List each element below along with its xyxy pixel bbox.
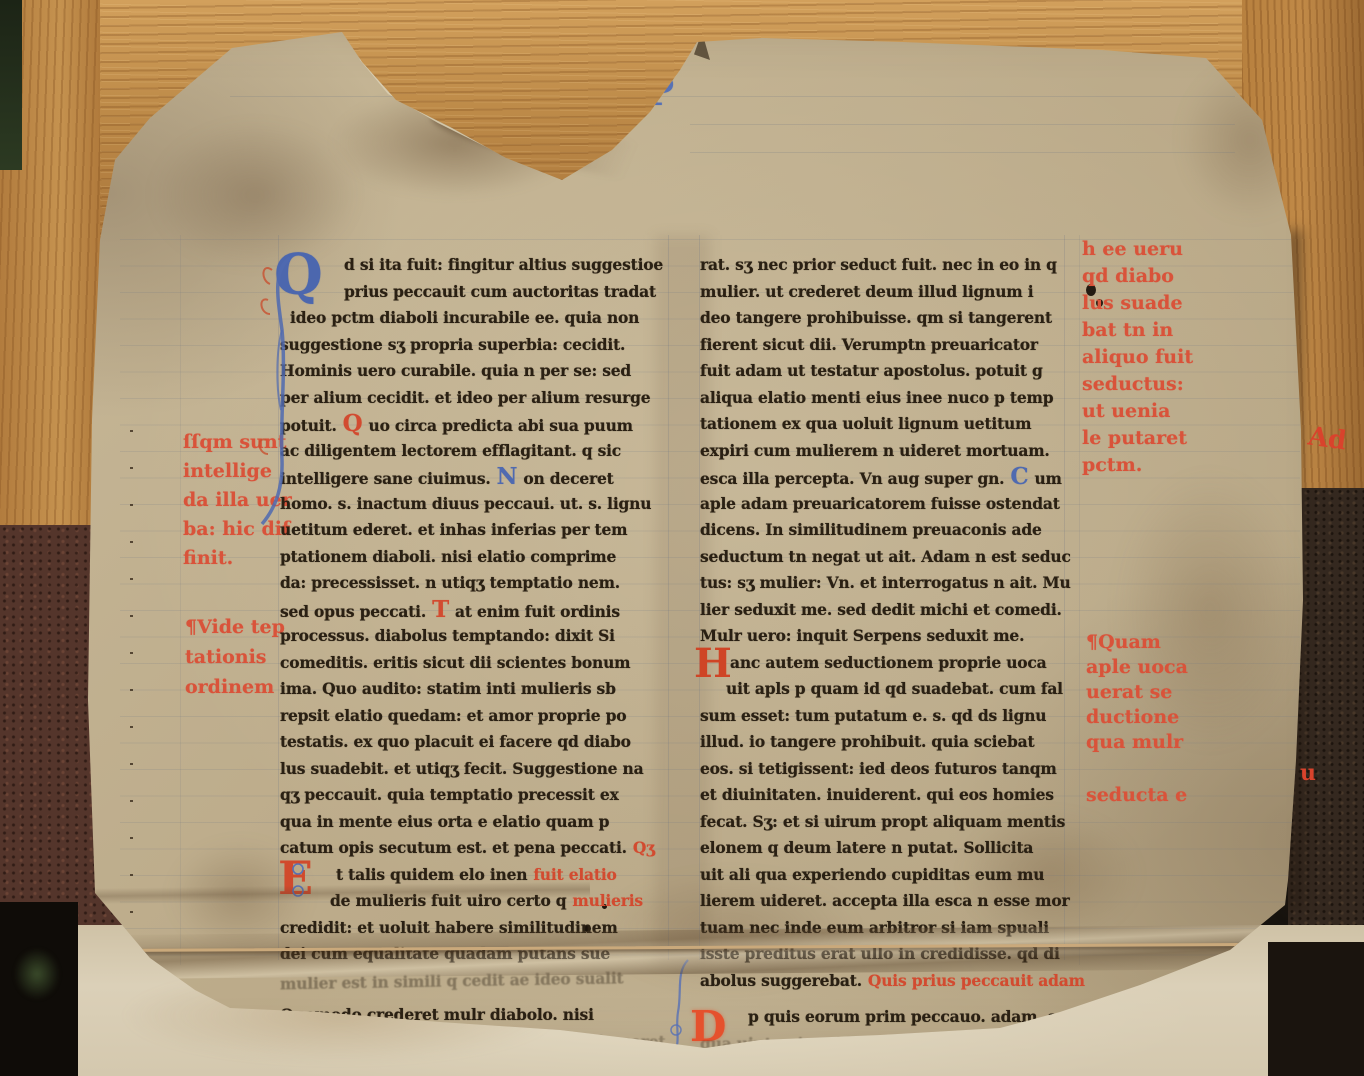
line-text: da: precessisset. n utiqʒ temptatio nem. <box>280 573 620 592</box>
margin-note-line: pctm. <box>1082 452 1193 479</box>
moss-fragment <box>14 948 60 1000</box>
text-line: repsit elatio quedam: et amor proprie po <box>280 703 668 730</box>
line-text: comeditis. eritis sicut dii scientes bon… <box>280 653 630 672</box>
margin-note-line: seducta e <box>1086 783 1188 808</box>
text-line: esca illa percepta. Vn aug super gn.Cum <box>700 464 1068 491</box>
manuscript-photo: P ſſqm sunt intellige da illa uer ba: hi… <box>0 0 1364 1076</box>
margin-note-line: ordinem <box>185 672 285 702</box>
line-text: mulier. ut crederet deum illud lignum i <box>700 282 1033 301</box>
text-line: anc autem seductionem proprie uoca <box>700 650 1068 677</box>
line-text: et diuinitaten. inuiderent. qui eos homi… <box>700 785 1054 804</box>
text-line: qua in mente eius orta e elatio quam p <box>280 809 668 836</box>
penwork-descender-icon <box>252 240 322 540</box>
red-initial: T <box>432 596 449 623</box>
fold-crease <box>70 925 1295 980</box>
text-line: per alium cecidit. et ideo per alium res… <box>280 385 668 412</box>
text-line: suggestione sʒ propria superbia: cecidit… <box>280 332 668 359</box>
margin-note-line: ¶Vide tep <box>185 612 285 642</box>
right-margin-note-2: ¶Quam aple uoca uerat se ductione qua mu… <box>1086 630 1188 808</box>
edge-margin-fragment: Ad <box>1306 421 1348 456</box>
line-text: tus: sʒ mulier: Vn. et interrogatus n ai… <box>700 573 1071 592</box>
text-line: aple adam preuaricatorem fuisse ostendat <box>700 491 1068 518</box>
line-text: lierem uideret. accepta illa esca n esse… <box>700 891 1069 910</box>
margin-note-line: ut uenia <box>1082 398 1193 425</box>
line-text: at enim fuit ordinis <box>455 602 620 621</box>
line-text: on deceret <box>523 469 613 488</box>
margin-note-line: tationis <box>185 642 285 672</box>
line-text: aple adam preuaricatorem fuisse ostendat <box>700 494 1060 513</box>
text-line: ptationem diaboli. nisi elatio comprime <box>280 544 668 571</box>
line-text: fuit adam ut testatur apostolus. potuit … <box>700 361 1043 380</box>
red-initial: Q <box>343 410 363 437</box>
line-text: anc autem seductionem proprie uoca <box>730 653 1047 672</box>
text-line: seductum tn negat ut ait. Adam n est sed… <box>700 544 1068 571</box>
text-line: qʒ peccauit. quia temptatio precessit ex <box>280 782 668 809</box>
line-text: sum esset: tum putatum e. s. qd ds lignu <box>700 706 1046 725</box>
line-text: per alium cecidit. et ideo per alium res… <box>280 388 650 407</box>
text-line: potuit.Quo circa predicta abi sua puum <box>280 411 668 438</box>
line-text: ptationem diaboli. nisi elatio comprime <box>280 547 616 566</box>
line-text: processus. diabolus temptando: dixit Si <box>280 626 615 645</box>
line-text: lier seduxit me. sed dedit michi et come… <box>700 600 1062 619</box>
line-text: uit ali qua experiendo cupiditas eum mu <box>700 865 1044 884</box>
left-margin-note-2: ¶Vide tep tationis ordinem <box>185 612 285 702</box>
line-text: rat. sʒ nec prior seduct fuit. nec in eo… <box>700 255 1057 274</box>
text-line: ideo pctm diaboli incurabile ee. quia no… <box>280 305 668 332</box>
line-text: testatis. ex quo placuit ei facere qd di… <box>280 732 631 751</box>
line-text: Mulr uero: inquit Serpens seduxit me. <box>700 626 1024 645</box>
line-text: illud. io tangere prohibuit. quia scieba… <box>700 732 1034 751</box>
line-text: catum opis secutum est. et pena peccati. <box>280 838 627 857</box>
text-line: et diuinitaten. inuiderent. qui eos homi… <box>700 782 1068 809</box>
line-text: uit apls p quam id qd suadebat. cum fal <box>726 679 1063 698</box>
margin-note-line: finit. <box>183 544 292 573</box>
margin-note-line: ¶Quam <box>1086 630 1188 655</box>
text-line: rat. sʒ nec prior seduct fuit. nec in eo… <box>700 252 1068 279</box>
line-text: expiri cum mulierem n uideret mortuam. <box>700 441 1050 460</box>
text-line: da: precessisset. n utiqʒ temptatio nem. <box>280 570 668 597</box>
ruling-line-top <box>230 96 1235 97</box>
margin-note-line: le putaret <box>1082 425 1193 452</box>
text-line: mulier. ut crederet deum illud lignum i <box>700 279 1068 306</box>
margin-note-line: h ee ueru <box>1082 236 1193 263</box>
red-mark: Qʒ <box>633 838 655 857</box>
ruling-line-vertical <box>1079 235 1080 965</box>
text-line: ima. Quo audito: statim inti mulieris sb <box>280 676 668 703</box>
line-text: ima. Quo audito: statim inti mulieris sb <box>280 679 616 698</box>
line-text: suggestione sʒ propria superbia: cecidit… <box>280 335 625 354</box>
parchment-leaf: P ſſqm sunt intellige da illa uer ba: hi… <box>0 0 1364 1076</box>
text-line: fuit adam ut testatur apostolus. potuit … <box>700 358 1068 385</box>
line-text: Hominis uero curabile. quia n per se: se… <box>280 361 631 380</box>
line-text: elonem q deum latere n putat. Sollicita <box>700 838 1033 857</box>
line-text: um <box>1034 469 1061 488</box>
margin-note-line: aple uoca <box>1086 655 1188 680</box>
text-line: homo. s. inactum diuus peccaui. ut. s. l… <box>280 491 668 518</box>
right-margin-note-1: h ee ueru qd diabo lus suade bat tn in a… <box>1082 236 1193 479</box>
text-line: ac diligentem lectorem efflagitant. q si… <box>280 438 668 465</box>
margin-note-line: lus suade <box>1082 290 1193 317</box>
text-line: fierent sicut dii. Verumptn preuaricator <box>700 332 1068 359</box>
line-text: prius peccauit cum auctoritas tradat <box>344 282 656 301</box>
text-line: catum opis secutum est. et pena peccati.… <box>280 835 668 862</box>
line-text: fierent sicut dii. Verumptn preuaricator <box>700 335 1038 354</box>
text-line: uetitum ederet. et inhas inferias per te… <box>280 517 668 544</box>
text-line: Mulr uero: inquit Serpens seduxit me. <box>700 623 1068 650</box>
line-text: ac diligentem lectorem efflagitant. q si… <box>280 441 621 460</box>
line-text: t talis quidem elo inen <box>336 865 527 884</box>
line-text: uo circa predicta abi sua puum <box>369 416 633 435</box>
line-text: sed opus peccati. <box>280 602 426 621</box>
line-text: eos. si tetigissent: ied deos futuros ta… <box>700 759 1057 778</box>
margin-note-line: qua mulr <box>1086 730 1188 755</box>
blue-initial: C <box>1010 463 1028 490</box>
text-line: uit ali qua experiendo cupiditas eum mu <box>700 862 1068 889</box>
margin-note-line: qd diabo <box>1082 263 1193 290</box>
dark-edge-sliver <box>0 0 22 170</box>
shadow-gap-bottom-right <box>1268 942 1364 1076</box>
text-line: processus. diabolus temptando: dixit Si <box>280 623 668 650</box>
text-line: sum esset: tum putatum e. s. qd ds lignu <box>700 703 1068 730</box>
ruling-line-top <box>690 124 1235 125</box>
line-text: tationem ex qua uoluit lignum uetitum <box>700 414 1031 433</box>
line-text: homo. s. inactum diuus peccaui. ut. s. l… <box>280 494 651 513</box>
line-text: esca illa percepta. Vn aug super gn. <box>700 469 1004 488</box>
text-line: Hominis uero curabile. quia n per se: se… <box>280 358 668 385</box>
text-line: lierem uideret. accepta illa esca n esse… <box>700 888 1068 915</box>
edge-margin-fragment: u <box>1300 760 1316 786</box>
margin-note-line: bat tn in <box>1082 317 1193 344</box>
text-line: tus: sʒ mulier: Vn. et interrogatus n ai… <box>700 570 1068 597</box>
line-text: qua in mente eius orta e elatio quam p <box>280 812 609 831</box>
margin-note-line: ductione <box>1086 705 1188 730</box>
ruling-line-vertical <box>180 235 181 965</box>
margin-note-line: seductus: <box>1082 371 1193 398</box>
text-line: tationem ex qua uoluit lignum uetitum <box>700 411 1068 438</box>
text-line: dicens. In similitudinem preuaconis ade <box>700 517 1068 544</box>
text-line: intelligere sane ciuimus.Non deceret <box>280 464 668 491</box>
line-text: seductum tn negat ut ait. Adam n est sed… <box>700 547 1071 566</box>
line-text: uetitum ederet. et inhas inferias per te… <box>280 520 627 539</box>
line-text: lus suadebit. et utiqʒ fecit. Suggestion… <box>280 759 643 778</box>
text-line: lier seduxit me. sed dedit michi et come… <box>700 597 1068 624</box>
text-line: testatis. ex quo placuit ei facere qd di… <box>280 729 668 756</box>
text-line: fecat. Sʒ: et si uirum propt aliquam men… <box>700 809 1068 836</box>
ruling-line-vertical <box>668 235 669 960</box>
text-line: eos. si tetigissent: ied deos futuros ta… <box>700 756 1068 783</box>
text-line: uit apls p quam id qd suadebat. cum fal <box>700 676 1068 703</box>
text-line: aliqua elatio menti eius inee nuco p tem… <box>700 385 1068 412</box>
ruling-line-top <box>690 152 1235 153</box>
line-text: dicens. In similitudinem preuaconis ade <box>700 520 1042 539</box>
line-text: deo tangere prohibuisse. qm si tangerent <box>700 308 1052 327</box>
text-line: expiri cum mulierem n uideret mortuam. <box>700 438 1068 465</box>
text-line: deo tangere prohibuisse. qm si tangerent <box>700 305 1068 332</box>
margin-note-line: uerat se <box>1086 680 1188 705</box>
line-text: qʒ peccauit. quia temptatio precessit ex <box>280 785 619 804</box>
text-line: illud. io tangere prohibuit. quia scieba… <box>700 729 1068 756</box>
text-line: lus suadebit. et utiqʒ fecit. Suggestion… <box>280 756 668 783</box>
red-rubric: Quis prius peccauit adam <box>868 971 1085 990</box>
margin-note-line: aliquo fuit <box>1082 344 1193 371</box>
text-line: prius peccauit cum auctoritas tradat <box>280 279 668 306</box>
text-line: sed opus peccati.Tat enim fuit ordinis <box>280 597 668 624</box>
line-text: ideo pctm diaboli incurabile ee. quia no… <box>290 308 639 327</box>
blue-initial: N <box>497 463 518 490</box>
line-text: d si ita fuit: fingitur altius suggestio… <box>344 255 663 274</box>
text-line: elonem q deum latere n putat. Sollicita <box>700 835 1068 862</box>
line-text: repsit elatio quedam: et amor proprie po <box>280 706 626 725</box>
line-text: fecat. Sʒ: et si uirum propt aliquam men… <box>700 812 1065 831</box>
illuminated-initial-h: H <box>694 640 732 687</box>
text-line: comeditis. eritis sicut dii scientes bon… <box>280 650 668 677</box>
text-line: d si ita fuit: fingitur altius suggestio… <box>280 252 668 279</box>
line-text: aliqua elatio menti eius inee nuco p tem… <box>700 388 1053 407</box>
